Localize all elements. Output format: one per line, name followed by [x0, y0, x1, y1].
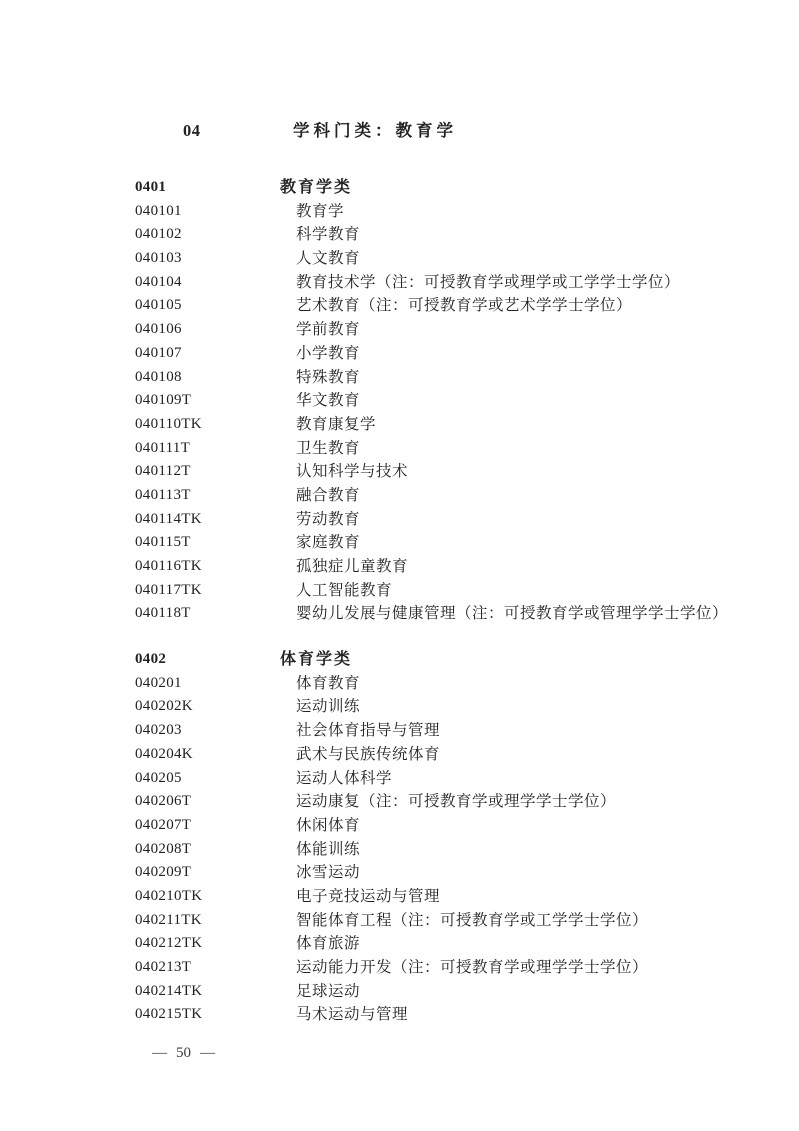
- table-row: 040214TK足球运动: [0, 980, 799, 1004]
- major-code: 040116TK: [135, 555, 202, 579]
- major-name: 体能训练: [296, 838, 360, 862]
- major-name: 教育康复学: [296, 413, 376, 437]
- discipline-section: 0401教育学类040101教育学040102科学教育040103人文教育040…: [0, 176, 799, 626]
- major-code: 040108: [135, 366, 182, 390]
- major-name: 足球运动: [296, 980, 360, 1004]
- table-row: 040201体育教育: [0, 672, 799, 696]
- table-row: 040212TK体育旅游: [0, 932, 799, 956]
- major-code: 040101: [135, 200, 182, 224]
- major-name: 运动康复（注：可授教育学或理学学士学位）: [296, 790, 616, 814]
- major-name: 教育学: [296, 200, 344, 224]
- table-row: 040208T体能训练: [0, 838, 799, 862]
- table-row: 040204K武术与民族传统体育: [0, 743, 799, 767]
- major-code: 040202K: [135, 695, 193, 719]
- table-row: 040115T家庭教育: [0, 531, 799, 555]
- category-title: 学科门类：教育学: [293, 118, 457, 144]
- major-code: 040117TK: [135, 579, 202, 603]
- table-row: 040102科学教育: [0, 223, 799, 247]
- footer-dash-left: —: [152, 1042, 167, 1064]
- document-page: 04 学科门类：教育学 0401教育学类040101教育学040102科学教育0…: [0, 0, 799, 1131]
- major-code: 040215TK: [135, 1003, 202, 1027]
- major-code: 040115T: [135, 531, 191, 555]
- table-row: 040213T运动能力开发（注：可授教育学或理学学士学位）: [0, 956, 799, 980]
- table-row: 040113T融合教育: [0, 484, 799, 508]
- major-name: 认知科学与技术: [296, 460, 408, 484]
- major-code: 040111T: [135, 437, 190, 461]
- table-row: 040111T卫生教育: [0, 437, 799, 461]
- major-name: 武术与民族传统体育: [296, 743, 440, 767]
- discipline-section: 0402体育学类040201体育教育040202K运动训练040203社会体育指…: [0, 648, 799, 1027]
- page-footer: — 50 —: [152, 1042, 215, 1064]
- table-row: 040106学前教育: [0, 318, 799, 342]
- major-code: 040103: [135, 247, 182, 271]
- major-name: 休闲体育: [296, 814, 360, 838]
- table-row: 040107小学教育: [0, 342, 799, 366]
- major-name: 体育教育: [296, 672, 360, 696]
- major-name: 体育旅游: [296, 932, 360, 956]
- degree-note: （注：可授教育学或理学学士学位）: [392, 959, 648, 976]
- table-row: 040112T认知科学与技术: [0, 460, 799, 484]
- section-name: 体育学类: [280, 648, 352, 672]
- major-code: 040212TK: [135, 932, 202, 956]
- page-number: 50: [176, 1042, 191, 1064]
- major-name: 人文教育: [296, 247, 360, 271]
- section-code: 0401: [135, 176, 166, 200]
- major-name: 社会体育指导与管理: [296, 719, 440, 743]
- table-row: 040109T华文教育: [0, 389, 799, 413]
- major-code: 040203: [135, 719, 182, 743]
- major-code: 040201: [135, 672, 182, 696]
- major-code: 040107: [135, 342, 182, 366]
- major-name: 卫生教育: [296, 437, 360, 461]
- major-name: 运动能力开发（注：可授教育学或理学学士学位）: [296, 956, 648, 980]
- major-code: 040106: [135, 318, 182, 342]
- degree-note: （注：可授教育学或理学学士学位）: [360, 793, 616, 810]
- major-code: 040209T: [135, 861, 191, 885]
- major-code: 040208T: [135, 838, 191, 862]
- table-row: 040207T休闲体育: [0, 814, 799, 838]
- table-row: 040101教育学: [0, 200, 799, 224]
- major-name: 马术运动与管理: [296, 1003, 408, 1027]
- table-row: 040203社会体育指导与管理: [0, 719, 799, 743]
- major-code: 040112T: [135, 460, 191, 484]
- major-name: 智能体育工程（注：可授教育学或工学学士学位）: [296, 909, 648, 933]
- major-code: 040207T: [135, 814, 191, 838]
- major-name: 冰雪运动: [296, 861, 360, 885]
- major-code: 040102: [135, 223, 182, 247]
- table-row: 040209T冰雪运动: [0, 861, 799, 885]
- major-name: 融合教育: [296, 484, 360, 508]
- major-code: 040109T: [135, 389, 191, 413]
- major-code: 040113T: [135, 484, 191, 508]
- table-row: 040206T运动康复（注：可授教育学或理学学士学位）: [0, 790, 799, 814]
- table-row: 040104教育技术学（注：可授教育学或理学或工学学士学位）: [0, 271, 799, 295]
- major-code: 040214TK: [135, 980, 202, 1004]
- major-name: 特殊教育: [296, 366, 360, 390]
- major-code: 040204K: [135, 743, 193, 767]
- page-header: 04 学科门类：教育学: [0, 118, 799, 144]
- major-name: 小学教育: [296, 342, 360, 366]
- major-name: 华文教育: [296, 389, 360, 413]
- major-code: 040213T: [135, 956, 191, 980]
- major-code: 040210TK: [135, 885, 202, 909]
- major-code: 040118T: [135, 602, 191, 626]
- category-code: 04: [183, 118, 201, 144]
- section-name: 教育学类: [280, 176, 352, 200]
- table-row: 040108特殊教育: [0, 366, 799, 390]
- table-row: 040114TK劳动教育: [0, 508, 799, 532]
- major-code: 040205: [135, 767, 182, 791]
- sections-container: 0401教育学类040101教育学040102科学教育040103人文教育040…: [0, 176, 799, 1027]
- major-code: 040206T: [135, 790, 191, 814]
- degree-note: （注：可授教育学或工学学士学位）: [392, 912, 648, 929]
- major-code: 040104: [135, 271, 182, 295]
- degree-note: （注：可授教育学或管理学学士学位）: [456, 605, 728, 622]
- major-name: 科学教育: [296, 223, 360, 247]
- major-code: 040110TK: [135, 413, 202, 437]
- degree-note: （注：可授教育学或理学或工学学士学位）: [376, 274, 680, 291]
- table-row: 040117TK人工智能教育: [0, 579, 799, 603]
- table-row: 040116TK孤独症儿童教育: [0, 555, 799, 579]
- major-code: 040211TK: [135, 909, 202, 933]
- table-row: 040211TK智能体育工程（注：可授教育学或工学学士学位）: [0, 909, 799, 933]
- major-name: 劳动教育: [296, 508, 360, 532]
- major-name: 教育技术学（注：可授教育学或理学或工学学士学位）: [296, 271, 680, 295]
- footer-dash-right: —: [200, 1042, 215, 1064]
- section-header-row: 0402体育学类: [0, 648, 799, 672]
- table-row: 040103人文教育: [0, 247, 799, 271]
- major-name: 电子竞技运动与管理: [296, 885, 440, 909]
- major-name: 运动训练: [296, 695, 360, 719]
- major-name: 艺术教育（注：可授教育学或艺术学学士学位）: [296, 294, 632, 318]
- major-name: 运动人体科学: [296, 767, 392, 791]
- table-row: 040118T婴幼儿发展与健康管理（注：可授教育学或管理学学士学位）: [0, 602, 799, 626]
- major-name: 家庭教育: [296, 531, 360, 555]
- major-code: 040114TK: [135, 508, 202, 532]
- table-row: 040105艺术教育（注：可授教育学或艺术学学士学位）: [0, 294, 799, 318]
- major-name: 人工智能教育: [296, 579, 392, 603]
- table-row: 040210TK电子竞技运动与管理: [0, 885, 799, 909]
- major-name: 婴幼儿发展与健康管理（注：可授教育学或管理学学士学位）: [296, 602, 728, 626]
- major-code: 040105: [135, 294, 182, 318]
- section-header-row: 0401教育学类: [0, 176, 799, 200]
- table-row: 040205运动人体科学: [0, 767, 799, 791]
- degree-note: （注：可授教育学或艺术学学士学位）: [360, 297, 632, 314]
- table-row: 040110TK教育康复学: [0, 413, 799, 437]
- section-code: 0402: [135, 648, 166, 672]
- table-row: 040202K运动训练: [0, 695, 799, 719]
- major-name: 孤独症儿童教育: [296, 555, 408, 579]
- table-row: 040215TK马术运动与管理: [0, 1003, 799, 1027]
- major-name: 学前教育: [296, 318, 360, 342]
